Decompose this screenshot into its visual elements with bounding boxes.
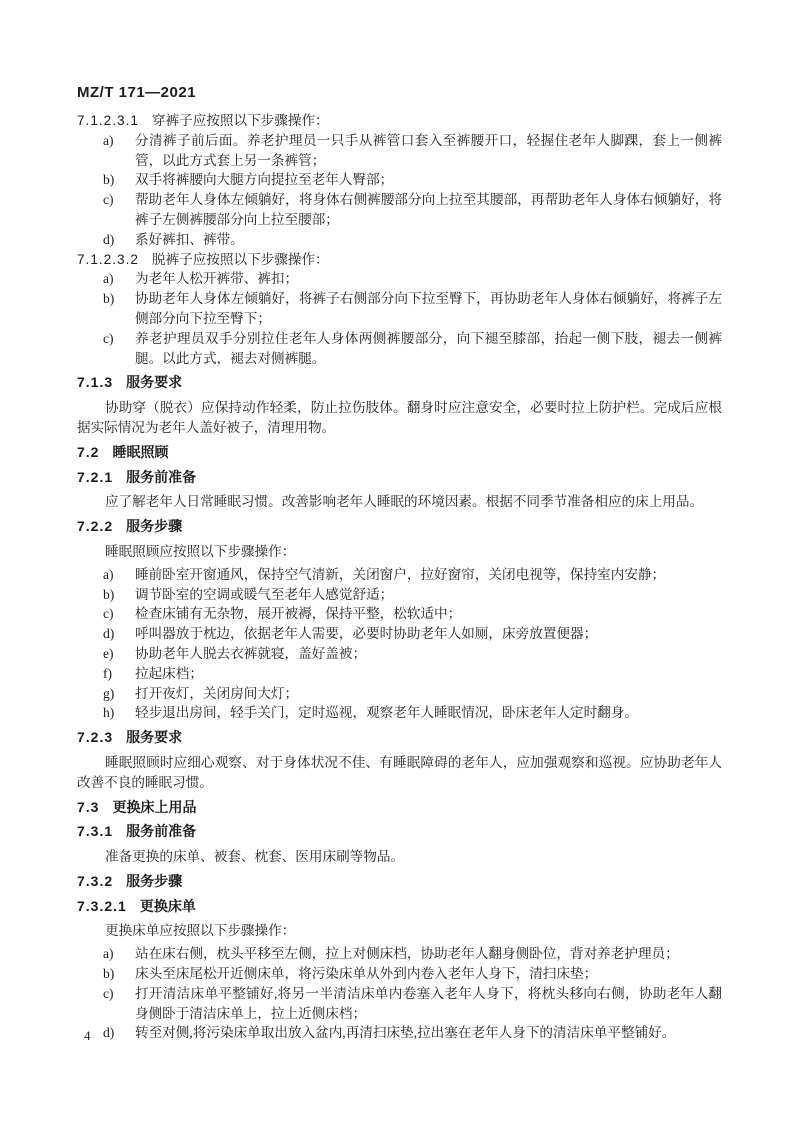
paragraph: 应了解老年人日常睡眠习惯。改善影响老年人睡眠的环境因素。根据不同季节准备相应的床…	[77, 492, 722, 512]
step-list-item: c)养老护理员双手分别拉住老年人身体两侧裤腰部分，向下褪至膝部，抬起一侧下肢，褪…	[77, 329, 722, 369]
clause-title: 穿裤子应按照以下步骤操作：	[152, 113, 329, 128]
paragraph: 睡眠照顾时应细心观察、对于身体状况不佳、有睡眠障碍的老年人，应加强观察和巡视。应…	[77, 753, 722, 793]
paragraph: 更换床单应按照以下步骤操作：	[77, 921, 722, 941]
heading-number: 7.2.3	[77, 729, 113, 745]
paragraph: 睡眠照顾应按照以下步骤操作：	[77, 542, 722, 562]
section-heading: 7.3更换床上用品	[77, 798, 722, 818]
paragraph: 准备更换的床单、被套、枕套、医用床刷等物品。	[77, 847, 722, 867]
step-item-text: 睡前卧室开窗通风，保持空气清新，关闭窗户，拉好窗帘，关闭电视等，保持室内安静；	[135, 565, 722, 585]
step-list-item: d)呼叫器放于枕边，依据老年人需要，必要时协助老年人如厕，床旁放置便器；	[77, 624, 722, 644]
step-item-label: d)	[103, 230, 135, 250]
step-item-label: d)	[103, 1023, 135, 1043]
clause-line: 7.1.2.3.1穿裤子应按照以下步骤操作：	[77, 111, 722, 131]
step-item-text: 打开夜灯，关闭房间大灯；	[135, 684, 722, 704]
heading-title: 服务步骤	[126, 518, 182, 534]
clause-number: 7.1.2.3.2	[77, 252, 139, 267]
step-list-item: f)拉起床档；	[77, 664, 722, 684]
heading-number: 7.1.3	[77, 374, 113, 390]
step-list-item: c)帮助老年人身体左倾躺好，将身体右侧裤腰部分向上拉至其腰部，再帮助老年人身体右…	[77, 190, 722, 230]
step-list-item: b)床头至床尾松开近侧床单，将污染床单从外到内卷入老年人身下，清扫床垫；	[77, 964, 722, 984]
heading-number: 7.3.1	[77, 823, 113, 839]
step-item-label: a)	[103, 565, 135, 585]
heading-title: 服务要求	[126, 374, 182, 390]
step-list-item: a)为老年人松开裤带、裤扣；	[77, 269, 722, 289]
step-list-item: d)系好裤扣、裤带。	[77, 230, 722, 250]
step-list: a)分清裤子前后面。养老护理员一只手从裤管口套入至裤腰开口，轻握住老年人脚踝，套…	[77, 131, 722, 250]
step-item-text: 分清裤子前后面。养老护理员一只手从裤管口套入至裤腰开口，轻握住老年人脚踝，套上一…	[135, 131, 722, 171]
step-item-text: 系好裤扣、裤带。	[135, 230, 722, 250]
section-heading: 7.1.3服务要求	[77, 373, 722, 393]
heading-title: 服务步骤	[126, 873, 182, 889]
step-list: a)为老年人松开裤带、裤扣；b)协助老年人身体左倾躺好，将裤子右侧部分向下拉至臀…	[77, 269, 722, 368]
step-item-label: c)	[103, 329, 135, 369]
page-number: 4	[84, 1028, 91, 1044]
step-item-label: f)	[103, 664, 135, 684]
document-page: MZ/T 171—2021 7.1.2.3.1穿裤子应按照以下步骤操作：a)分清…	[0, 0, 794, 1122]
clause-number: 7.1.2.3.1	[77, 113, 139, 128]
heading-number: 7.2.1	[77, 469, 113, 485]
step-list-item: b)双手将裤腰向大腿方向提拉至老年人臀部；	[77, 170, 722, 190]
heading-number: 7.2	[77, 444, 99, 460]
section-heading: 7.3.2服务步骤	[77, 872, 722, 892]
section-heading: 7.2.3服务要求	[77, 728, 722, 748]
step-item-text: 帮助老年人身体左倾躺好，将身体右侧裤腰部分向上拉至其腰部，再帮助老年人身体右倾躺…	[135, 190, 722, 230]
heading-title: 更换床单	[140, 898, 196, 914]
clause-line: 7.1.2.3.2脱裤子应按照以下步骤操作：	[77, 250, 722, 270]
step-item-label: d)	[103, 624, 135, 644]
step-item-text: 双手将裤腰向大腿方向提拉至老年人臀部；	[135, 170, 722, 190]
section-heading: 7.3.2.1更换床单	[77, 897, 722, 917]
step-list-item: a)睡前卧室开窗通风，保持空气清新，关闭窗户，拉好窗帘，关闭电视等，保持室内安静…	[77, 565, 722, 585]
step-item-text: 床头至床尾松开近侧床单，将污染床单从外到内卷入老年人身下，清扫床垫；	[135, 964, 722, 984]
step-item-text: 呼叫器放于枕边，依据老年人需要，必要时协助老年人如厕，床旁放置便器；	[135, 624, 722, 644]
clause-title: 脱裤子应按照以下步骤操作：	[152, 252, 329, 267]
step-item-text: 转至对侧,将污染床单取出放入盆内,再清扫床垫,拉出塞在老年人身下的清洁床单平整铺…	[135, 1023, 722, 1043]
step-item-text: 协助老年人身体左倾躺好，将裤子右侧部分向下拉至臀下，再协助老年人身体右倾躺好，将…	[135, 289, 722, 329]
step-item-text: 检查床铺有无杂物，展开被褥，保持平整，松软适中；	[135, 604, 722, 624]
step-item-label: b)	[103, 585, 135, 605]
step-item-label: a)	[103, 131, 135, 171]
step-item-label: b)	[103, 289, 135, 329]
step-list-item: a)分清裤子前后面。养老护理员一只手从裤管口套入至裤腰开口，轻握住老年人脚踝，套…	[77, 131, 722, 171]
heading-number: 7.2.2	[77, 518, 113, 534]
heading-number: 7.3.2	[77, 873, 113, 889]
heading-title: 服务前准备	[126, 823, 196, 839]
step-item-text: 轻步退出房间，轻手关门，定时巡视，观察老年人睡眠情况，卧床老年人定时翻身。	[135, 703, 722, 723]
section-heading: 7.2睡眠照顾	[77, 443, 722, 463]
step-item-label: a)	[103, 944, 135, 964]
document-content-area: MZ/T 171—2021 7.1.2.3.1穿裤子应按照以下步骤操作：a)分清…	[77, 84, 722, 1043]
heading-title: 服务前准备	[126, 469, 196, 485]
step-item-label: h)	[103, 703, 135, 723]
step-item-text: 养老护理员双手分别拉住老年人身体两侧裤腰部分，向下褪至膝部，抬起一侧下肢，褪去一…	[135, 329, 722, 369]
step-item-label: c)	[103, 604, 135, 624]
step-item-label: c)	[103, 984, 135, 1024]
step-item-label: g)	[103, 684, 135, 704]
step-list-item: c)打开清洁床单平整铺好,将另一半清洁床单内卷塞入老年人身下，将枕头移向右侧，协…	[77, 984, 722, 1024]
heading-number: 7.3.2.1	[77, 898, 127, 914]
heading-title: 睡眠照顾	[112, 444, 168, 460]
step-item-label: a)	[103, 269, 135, 289]
step-list-item: c)检查床铺有无杂物，展开被褥，保持平整，松软适中；	[77, 604, 722, 624]
step-item-label: b)	[103, 964, 135, 984]
section-heading: 7.2.2服务步骤	[77, 517, 722, 537]
heading-number: 7.3	[77, 799, 99, 815]
doc-content: 7.1.2.3.1穿裤子应按照以下步骤操作：a)分清裤子前后面。养老护理员一只手…	[77, 111, 722, 1043]
standard-number-header: MZ/T 171—2021	[77, 84, 722, 101]
step-list-item: e)协助老年人脱去衣裤就寝，盖好盖被；	[77, 644, 722, 664]
step-list-item: b)协助老年人身体左倾躺好，将裤子右侧部分向下拉至臀下，再协助老年人身体右倾躺好…	[77, 289, 722, 329]
section-heading: 7.2.1服务前准备	[77, 468, 722, 488]
step-item-label: e)	[103, 644, 135, 664]
step-list-item: a)站在床右侧，枕头平移至左侧，拉上对侧床档，协助老年人翻身侧卧位，背对养老护理…	[77, 944, 722, 964]
step-item-text: 协助老年人脱去衣裤就寝，盖好盖被；	[135, 644, 722, 664]
step-list-item: d)转至对侧,将污染床单取出放入盆内,再清扫床垫,拉出塞在老年人身下的清洁床单平…	[77, 1023, 722, 1043]
step-item-text: 打开清洁床单平整铺好,将另一半清洁床单内卷塞入老年人身下，将枕头移向右侧，协助老…	[135, 984, 722, 1024]
step-list-item: g)打开夜灯，关闭房间大灯；	[77, 684, 722, 704]
step-item-label: b)	[103, 170, 135, 190]
heading-title: 服务要求	[126, 729, 182, 745]
step-item-label: c)	[103, 190, 135, 230]
step-list-item: b)调节卧室的空调或暖气至老年人感觉舒适；	[77, 585, 722, 605]
step-list-item: h)轻步退出房间，轻手关门，定时巡视，观察老年人睡眠情况，卧床老年人定时翻身。	[77, 703, 722, 723]
step-item-text: 调节卧室的空调或暖气至老年人感觉舒适；	[135, 585, 722, 605]
heading-title: 更换床上用品	[112, 799, 196, 815]
step-item-text: 拉起床档；	[135, 664, 722, 684]
section-heading: 7.3.1服务前准备	[77, 822, 722, 842]
step-list: a)睡前卧室开窗通风，保持空气清新，关闭窗户，拉好窗帘，关闭电视等，保持室内安静…	[77, 565, 722, 723]
step-list: a)站在床右侧，枕头平移至左侧，拉上对侧床档，协助老年人翻身侧卧位，背对养老护理…	[77, 944, 722, 1043]
step-item-text: 站在床右侧，枕头平移至左侧，拉上对侧床档，协助老年人翻身侧卧位，背对养老护理员；	[135, 944, 722, 964]
paragraph: 协助穿（脱衣）应保持动作轻柔，防止拉伤肢体。翻身时应注意安全，必要时拉上防护栏。…	[77, 398, 722, 438]
step-item-text: 为老年人松开裤带、裤扣；	[135, 269, 722, 289]
